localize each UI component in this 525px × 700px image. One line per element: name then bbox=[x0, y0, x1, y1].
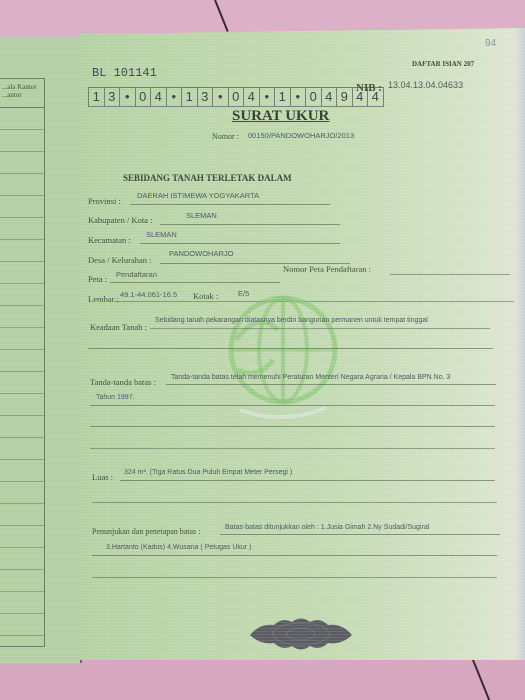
left-page-rule bbox=[0, 481, 44, 482]
rosette-ornament bbox=[246, 613, 356, 655]
serial-number: BL 101141 bbox=[92, 66, 157, 80]
tanda-batas-label: Tanda-tanda batas : bbox=[90, 377, 156, 387]
tanda-batas-value-line1: Tanda-tanda batas telah memenuhi Peratur… bbox=[171, 374, 450, 381]
left-page-rule bbox=[0, 173, 44, 174]
rule bbox=[130, 204, 330, 205]
left-page-rule bbox=[0, 635, 44, 636]
nib-label: NIB : bbox=[356, 82, 382, 94]
left-page-rule bbox=[0, 327, 44, 328]
id-digit-box: 9 bbox=[337, 88, 353, 106]
id-digit-box: 4 bbox=[322, 88, 338, 106]
provinsi-label: Provinsi : bbox=[88, 196, 121, 206]
keadaan-tanah-label: Keadaan Tanah : bbox=[90, 322, 147, 332]
left-page-rule bbox=[0, 239, 44, 240]
left-page: ...ala Kantor ...antor bbox=[0, 38, 82, 663]
tanda-batas-value-line2: Tahun 1997. bbox=[96, 394, 135, 401]
penunjukan-value-line1: Batas-batas ditunjukkan oleh : 1.Jusia G… bbox=[225, 524, 429, 531]
penunjukan-value-line2: 3.Hartanto (Kadus) 4.Wusana ( Petugas Uk… bbox=[106, 544, 251, 551]
left-page-rule bbox=[0, 393, 44, 394]
luas-label: Luas : bbox=[92, 472, 113, 482]
id-digit-box: 4 bbox=[244, 88, 260, 106]
id-digit-box: 4 bbox=[151, 88, 167, 106]
nomor-value: 00150/PANDOWOHARJO/2013 bbox=[248, 131, 354, 140]
handwritten-page-number: 94 bbox=[485, 38, 496, 49]
id-number-boxes: 13•04•13•04•1•04944 bbox=[88, 87, 384, 107]
id-digit-box: • bbox=[291, 88, 307, 106]
left-page-rule bbox=[0, 349, 44, 350]
id-digit-box: 0 bbox=[136, 88, 152, 106]
left-page-rule bbox=[0, 591, 44, 592]
bpn-seal-watermark bbox=[218, 290, 348, 420]
rule bbox=[90, 405, 495, 406]
id-digit-box: 1 bbox=[89, 88, 105, 106]
id-digit-box: 3 bbox=[198, 88, 214, 106]
nomor-label: Nomor : bbox=[212, 132, 239, 141]
document-title: SURAT UKUR bbox=[232, 108, 329, 125]
left-page-rule bbox=[0, 415, 44, 416]
rule bbox=[140, 243, 340, 244]
left-page-rule bbox=[0, 305, 44, 306]
left-page-rule bbox=[0, 371, 44, 372]
rule bbox=[92, 502, 497, 503]
rule bbox=[88, 348, 493, 349]
left-page-rule bbox=[0, 129, 44, 130]
kabupaten-value: SLEMAN bbox=[186, 211, 217, 220]
left-page-rule bbox=[0, 569, 44, 570]
nib-value: 13.04.13.04.04633 bbox=[388, 80, 463, 90]
kecamatan-label: Kecamatan : bbox=[88, 235, 131, 245]
page-edge bbox=[515, 28, 525, 660]
id-digit-box: 3 bbox=[105, 88, 121, 106]
id-digit-box: 1 bbox=[182, 88, 198, 106]
form-code: DAFTAR ISIAN 207 bbox=[412, 60, 474, 68]
rule bbox=[90, 426, 495, 427]
rule bbox=[110, 282, 280, 283]
left-page-rule bbox=[0, 217, 44, 218]
rule bbox=[166, 384, 496, 385]
left-page-header: ...ala Kantor ...antor bbox=[0, 79, 44, 108]
left-page-rule bbox=[0, 547, 44, 548]
id-digit-box: • bbox=[260, 88, 276, 106]
lembar-value: 49.1-44.061-16.5 bbox=[120, 290, 177, 299]
certificate-page: 94 DAFTAR ISIAN 207 BL 101141 13•04•13•0… bbox=[80, 28, 525, 660]
section-heading: SEBIDANG TANAH TERLETAK DALAM bbox=[123, 173, 292, 183]
id-digit-box: 1 bbox=[275, 88, 291, 106]
left-page-rule bbox=[0, 437, 44, 438]
left-page-rule bbox=[0, 459, 44, 460]
peta-value: Pendaftaran bbox=[116, 270, 157, 279]
peta-label: Peta : bbox=[88, 274, 107, 284]
rule bbox=[90, 448, 495, 449]
desa-value: PANDOWOHARJO bbox=[169, 249, 233, 258]
id-digit-box: • bbox=[120, 88, 136, 106]
left-page-rule bbox=[0, 283, 44, 284]
rule bbox=[390, 274, 510, 275]
rule bbox=[120, 480, 495, 481]
left-page-rule bbox=[0, 261, 44, 262]
left-page-table: ...ala Kantor ...antor bbox=[0, 78, 45, 647]
id-digit-box: 0 bbox=[306, 88, 322, 106]
left-page-rule bbox=[0, 195, 44, 196]
rule bbox=[150, 328, 490, 329]
id-digit-box: 0 bbox=[229, 88, 245, 106]
rule bbox=[160, 224, 340, 225]
kabupaten-label: Kabupaten / Kota : bbox=[88, 215, 152, 225]
left-page-rule bbox=[0, 151, 44, 152]
id-digit-box: • bbox=[167, 88, 183, 106]
keadaan-tanah-value: Sebidang tanah pekarangan diatasnya berd… bbox=[155, 317, 428, 324]
id-digit-box: • bbox=[213, 88, 229, 106]
penunjukan-label: Penunjukan dan penetapan batas : bbox=[92, 527, 200, 536]
kotak-label: Kotak : bbox=[193, 291, 218, 301]
desa-label: Desa / Kelurahan : bbox=[88, 255, 152, 265]
nomor-peta-label: Nomor Peta Pendaftaran : bbox=[283, 264, 371, 274]
luas-value: 324 m². (Tiga Ratus Dua Puluh Empat Mete… bbox=[124, 469, 292, 476]
rule bbox=[92, 555, 497, 556]
left-page-rule bbox=[0, 525, 44, 526]
provinsi-value: DAERAH ISTIMEWA YOGYAKARTA bbox=[137, 191, 259, 200]
rule bbox=[220, 534, 500, 535]
kecamatan-value: SLEMAN bbox=[146, 230, 177, 239]
rule bbox=[92, 577, 497, 578]
lembar-label: Lembar : bbox=[88, 294, 119, 304]
left-page-rule bbox=[0, 503, 44, 504]
left-page-rule bbox=[0, 613, 44, 614]
